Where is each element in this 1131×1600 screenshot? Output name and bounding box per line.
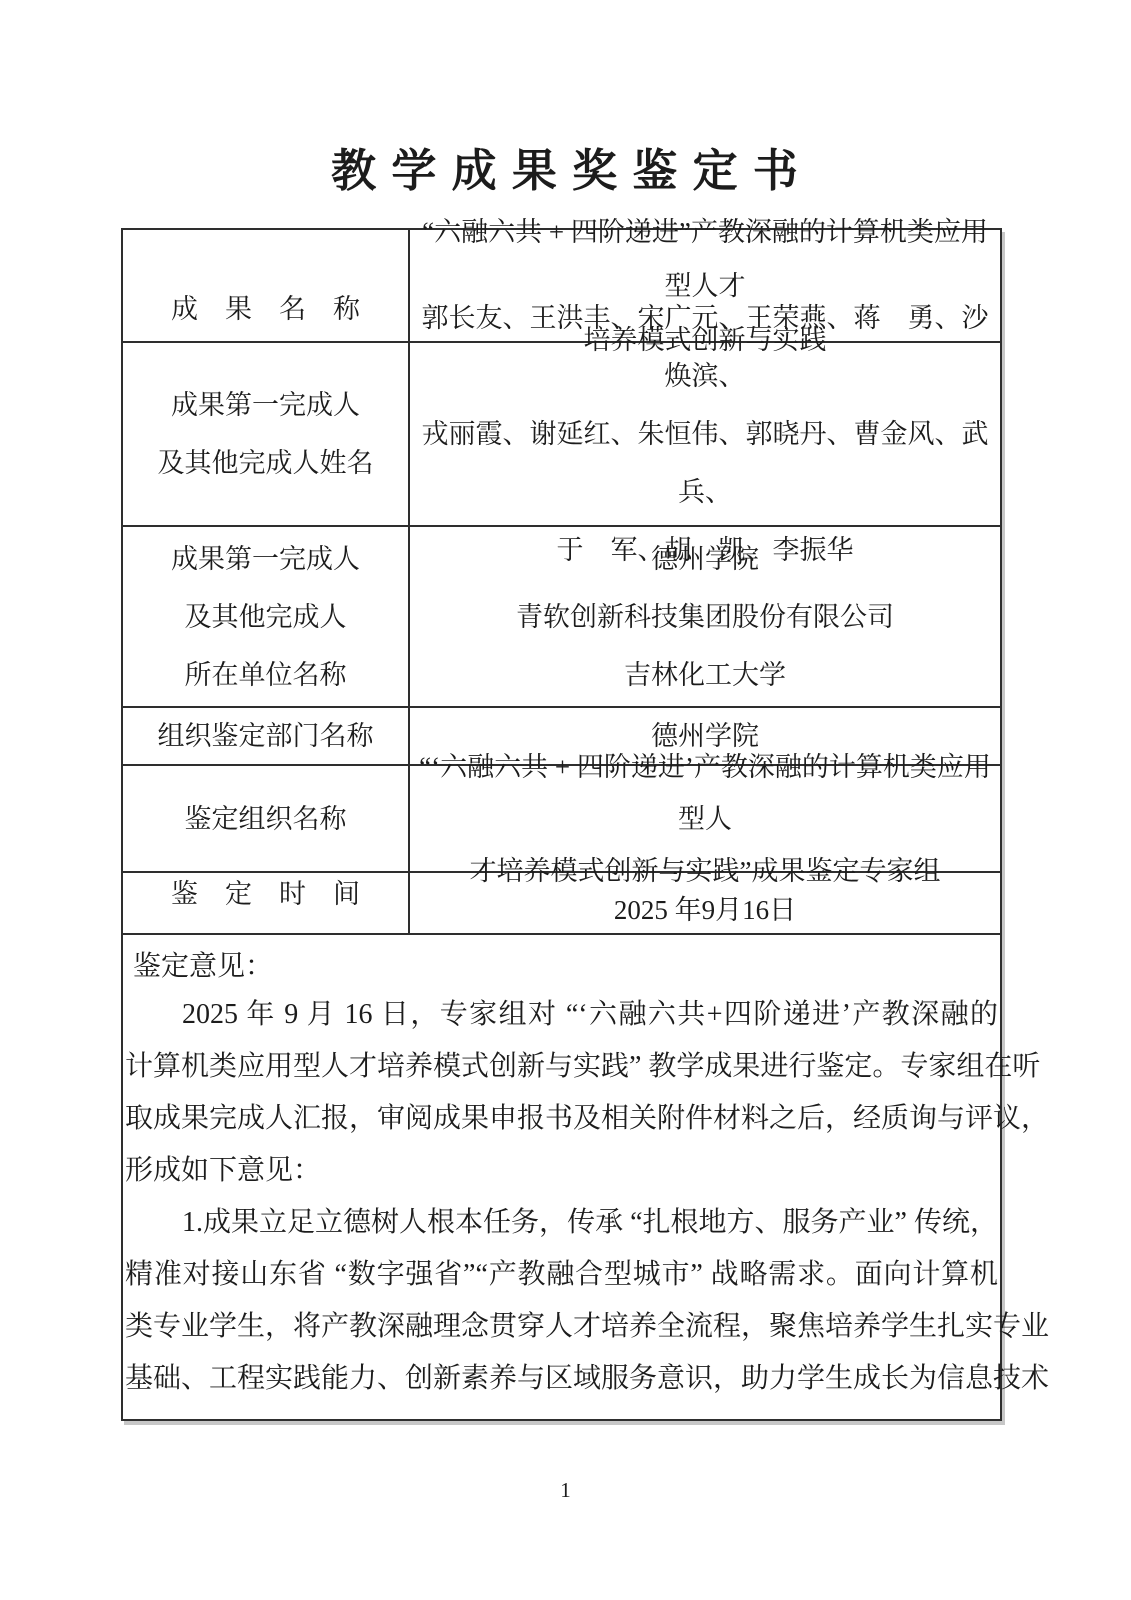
opinion-heading: 鉴定意见： <box>125 945 998 989</box>
opinion-line: 2025 年 9 月 16 日，专家组对 “‘六融六共+四阶递进’产教深融的 <box>125 989 998 1041</box>
row-appraisal-opinion: 鉴定意见： 2025 年 9 月 16 日，专家组对 “‘六融六共+四阶递进’产… <box>123 933 1000 1419</box>
row-completer-units: 成果第一完成人 及其他完成人 所在单位名称 德州学院 青软创新科技集团股份有限公… <box>123 525 1000 706</box>
completers-names-value: 郭长友、王洪丰、宋广元、王荣燕、蒋 勇、沙焕滨、 戎丽霞、谢延红、朱恒伟、郭晓丹… <box>410 343 1000 525</box>
completer-units-value: 德州学院 青软创新科技集团股份有限公司 吉林化工大学 <box>410 527 1000 706</box>
opinion-line: 形成如下意见： <box>125 1145 998 1197</box>
appraisal-organization-value: “‘六融六共 + 四阶递进’产教深融的计算机类应用型人 才培养模式创新与实践”成… <box>410 766 1000 871</box>
label-line: 成 果 名 称 <box>171 287 360 331</box>
appraisal-table: 成 果 名 称 “六融六共 + 四阶递进”产教深融的计算机类应用型人才 培养模式… <box>121 228 1002 1421</box>
label-line: 及其他完成人姓名 <box>158 434 374 492</box>
value-line: 郭长友、王洪丰、宋广元、王荣燕、蒋 勇、沙焕滨、 <box>414 289 996 405</box>
completer-units-label: 成果第一完成人 及其他完成人 所在单位名称 <box>123 527 410 706</box>
appraisal-organization-label: 鉴定组织名称 <box>123 766 410 871</box>
label-line: 所在单位名称 <box>185 646 347 704</box>
value-line: “‘六融六共 + 四阶递进’产教深融的计算机类应用型人 <box>414 741 996 845</box>
opinion-line: 精准对接山东省 “数字强省”“产教融合型城市” 战略需求。面向计算机 <box>125 1249 998 1301</box>
label-line: 成果第一完成人 <box>171 376 360 434</box>
label-line: 鉴定组织名称 <box>185 791 347 847</box>
opinion-line: 基础、工程实践能力、创新素养与区域服务意识，助力学生成长为信息技术 <box>125 1353 998 1405</box>
label-line: 组织鉴定部门名称 <box>158 721 374 751</box>
label-line: 及其他完成人 <box>185 588 347 646</box>
document-title: 教 学 成 果 奖 鉴 定 书 <box>0 134 1131 199</box>
value-line: 2025 年9月16日 <box>614 893 796 927</box>
appraisal-opinion-cell: 鉴定意见： 2025 年 9 月 16 日，专家组对 “‘六融六共+四阶递进’产… <box>123 935 1000 1405</box>
appraisal-date-value: 2025 年9月16日 <box>410 873 1000 933</box>
value-line: 吉林化工大学 <box>624 646 786 704</box>
value-line: 青软创新科技集团股份有限公司 <box>516 588 894 646</box>
label-line: 成果第一完成人 <box>171 530 360 588</box>
opinion-line: 取成果完成人汇报，审阅成果申报书及相关附件材料之后，经质询与评议， <box>125 1093 998 1145</box>
row-appraisal-organization: 鉴定组织名称 “‘六融六共 + 四阶递进’产教深融的计算机类应用型人 才培养模式… <box>123 764 1000 871</box>
completers-names-label: 成果第一完成人 及其他完成人姓名 <box>123 343 410 525</box>
opinion-line: 计算机类应用型人才培养模式创新与实践” 教学成果进行鉴定。专家组在听 <box>125 1041 998 1093</box>
row-completers-names: 成果第一完成人 及其他完成人姓名 郭长友、王洪丰、宋广元、王荣燕、蒋 勇、沙焕滨… <box>123 341 1000 525</box>
appraisal-date-label: 鉴 定 时 间 <box>123 873 410 933</box>
opinion-line: 类专业学生，将产教深融理念贯穿人才培养全流程，聚焦培养学生扎实专业 <box>125 1301 998 1353</box>
value-line: 德州学院 <box>651 530 759 588</box>
achievement-name-label: 成 果 名 称 <box>123 230 410 341</box>
label-line: 鉴 定 时 间 <box>171 877 360 911</box>
row-appraisal-date: 鉴 定 时 间 2025 年9月16日 <box>123 871 1000 933</box>
opinion-line: 1.成果立足立德树人根本任务，传承 “扎根地方、服务产业” 传统， <box>125 1197 998 1249</box>
organizing-department-label: 组织鉴定部门名称 <box>123 708 410 764</box>
value-line: 戎丽霞、谢延红、朱恒伟、郭晓丹、曹金风、武 兵、 <box>414 405 996 521</box>
page-number: 1 <box>0 1478 1131 1503</box>
